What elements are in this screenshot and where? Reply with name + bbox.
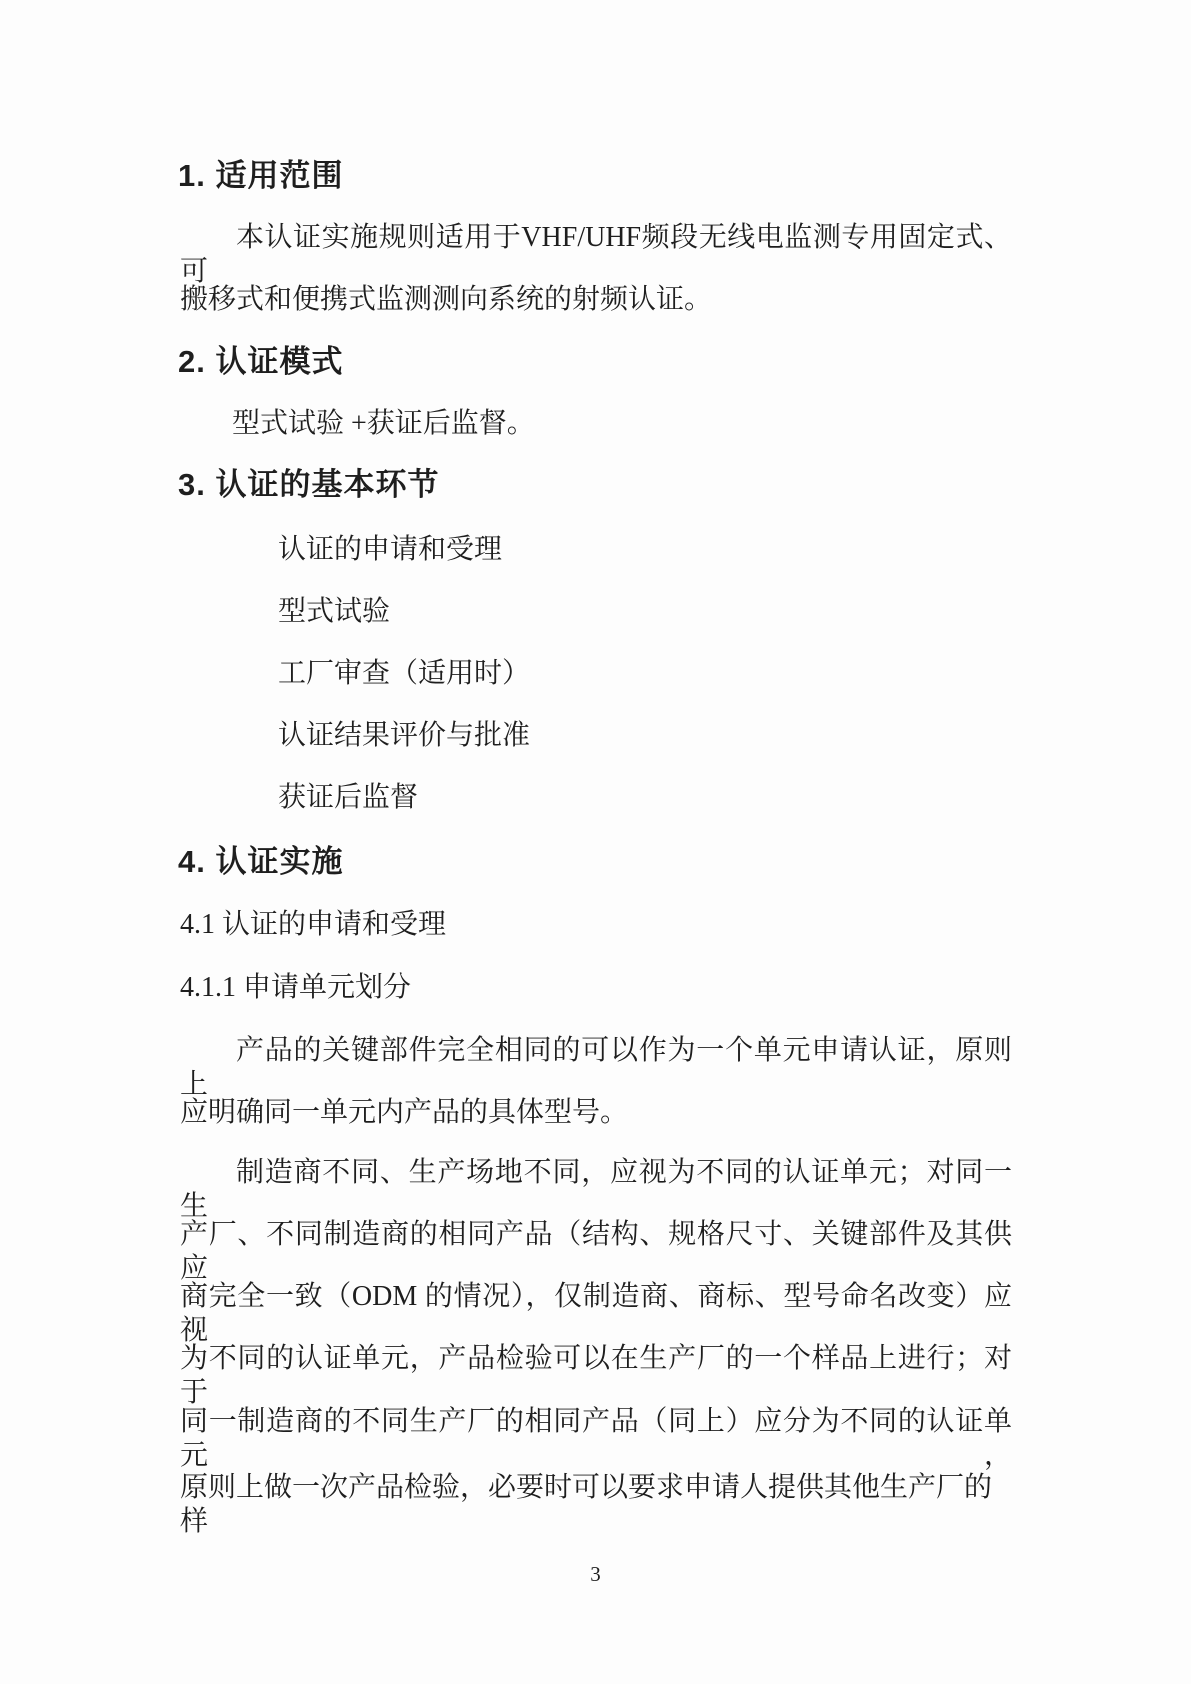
section-4-paragraph-line: 为不同的认证单元，产品检验可以在生产厂的一个样品上进行；对于: [180, 1342, 1012, 1410]
section-4-paragraph-line: 制造商不同、生产场地不同，应视为不同的认证单元；对同一生: [180, 1156, 1012, 1224]
section-4-paragraph-line: 应明确同一单元内产品的具体型号。: [180, 1096, 1012, 1130]
list-item: 认证的申请和受理: [278, 533, 502, 567]
section-2-heading: 2. 认证模式: [178, 344, 343, 380]
section-4-paragraph-line: 同一制造商的不同生产厂的相同产品（同上）应分为不同的认证单元，: [180, 1405, 1012, 1473]
list-item: 工厂审查（适用时）: [278, 657, 530, 691]
list-item: 型式试验: [278, 595, 390, 629]
list-item: 获证后监督: [278, 781, 418, 815]
list-item: 认证结果评价与批准: [278, 719, 530, 753]
section-3-heading: 3. 认证的基本环节: [178, 467, 439, 503]
section-4-paragraph-line: 商完全一致（ODM 的情况），仅制造商、商标、型号命名改变）应视: [180, 1280, 1012, 1348]
section-4-paragraph-line: 产品的关键部件完全相同的可以作为一个单元申请认证，原则上: [180, 1034, 1012, 1102]
section-2-paragraph-line: 型式试验 +获证后监督。: [180, 407, 1012, 441]
section-4-1-subheading: 4.1 认证的申请和受理: [180, 908, 446, 942]
section-1-heading: 1. 适用范围: [178, 158, 343, 194]
section-4-1-1-subheading: 4.1.1 申请单元划分: [180, 971, 411, 1005]
section-4-paragraph-line: 原则上做一次产品检验，必要时可以要求申请人提供其他生产厂的样: [180, 1471, 1012, 1539]
page-number: 3: [0, 1562, 1191, 1587]
section-4-paragraph-line: 产厂、不同制造商的相同产品（结构、规格尺寸、关键部件及其供应: [180, 1218, 1012, 1286]
section-4-heading: 4. 认证实施: [178, 844, 343, 880]
document-page: 1. 适用范围 本认证实施规则适用于VHF/UHF频段无线电监测专用固定式、可 …: [0, 0, 1191, 1684]
section-1-paragraph-line: 搬移式和便携式监测测向系统的射频认证。: [180, 283, 1012, 317]
section-1-paragraph-line: 本认证实施规则适用于VHF/UHF频段无线电监测专用固定式、可: [180, 221, 1012, 289]
